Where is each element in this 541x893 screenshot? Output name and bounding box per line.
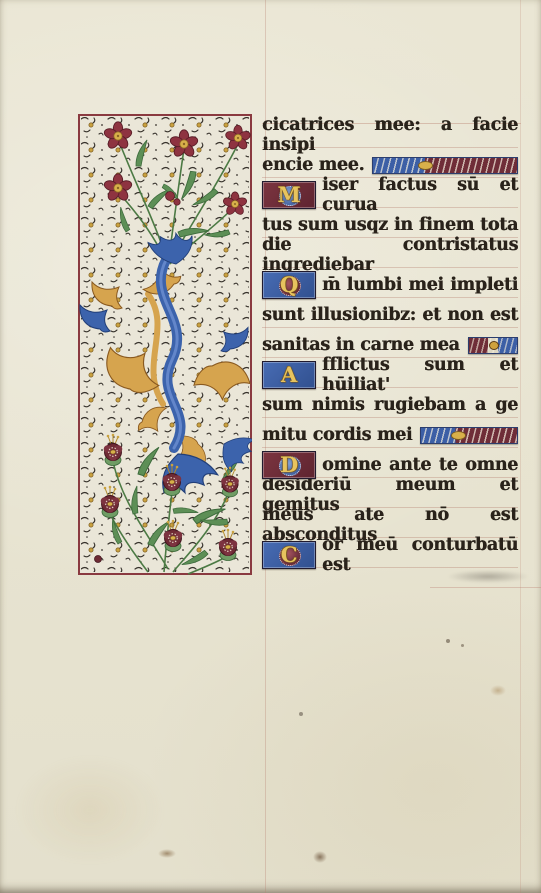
illuminated-initial-Q: Q (262, 271, 316, 299)
parchment-stain (461, 644, 464, 647)
psalm-text: sunt illusionibz: et non est (262, 305, 518, 325)
illuminated-initial-A: A (262, 361, 316, 389)
text-column: cicatrices mee: a facie insipi encie mee… (262, 120, 518, 572)
parchment-stain (15, 755, 165, 865)
line-filler-short (468, 337, 518, 354)
floral-border-panel (78, 114, 252, 575)
horizontal-ruling-line-bottom (430, 587, 541, 588)
text-line: sum nimis rugiebam a ge (262, 390, 518, 420)
manuscript-page: cicatrices mee: a facie insipi encie mee… (0, 0, 541, 893)
ink-smudge (447, 570, 529, 583)
psalm-text: cicatrices mee: a facie insipi (262, 115, 518, 155)
illuminated-initial-C: C (262, 541, 316, 569)
text-line: A fflictus sum et hūiliat' (262, 360, 518, 390)
vertical-ruling-line-right (520, 0, 521, 893)
illuminated-initial-M: M (262, 181, 316, 209)
text-line: mitu cordis mei (262, 420, 518, 450)
psalm-text: sanitas in carne mea (262, 335, 460, 355)
psalm-text: die contristatus ingrediebar (262, 235, 518, 275)
text-line: M iser factus sū et curua (262, 180, 518, 210)
psalm-text: or meū conturbatū est (322, 535, 518, 575)
line-filler-long (372, 157, 518, 174)
psalm-text: iser factus sū et curua (322, 175, 518, 215)
psalm-text: m̄ lumbi mei impleti (322, 275, 518, 295)
text-line: cicatrices mee: a facie insipi (262, 120, 518, 150)
parchment-stain (299, 712, 303, 716)
text-line: Q m̄ lumbi mei impleti (262, 270, 518, 300)
psalm-text: omine ante te omne (322, 455, 518, 475)
text-line: die contristatus ingrediebar (262, 240, 518, 270)
parchment-stain (158, 849, 176, 858)
psalm-text: sum nimis rugiebam a ge (262, 395, 518, 415)
psalm-text: fflictus sum et hūiliat' (322, 355, 518, 395)
psalm-text: tus sum usqz in finem tota (262, 215, 518, 235)
text-line: C or meū conturbatū est (262, 540, 518, 570)
psalm-text: encie mee. (262, 155, 364, 175)
parchment-stain (313, 851, 327, 863)
illuminated-initial-D: D (262, 451, 316, 479)
line-filler-medium (420, 427, 518, 444)
psalm-text: mitu cordis mei (262, 425, 412, 445)
parchment-stain (490, 685, 506, 696)
text-line: sunt illusionibz: et non est (262, 300, 518, 330)
parchment-stain (446, 639, 450, 643)
